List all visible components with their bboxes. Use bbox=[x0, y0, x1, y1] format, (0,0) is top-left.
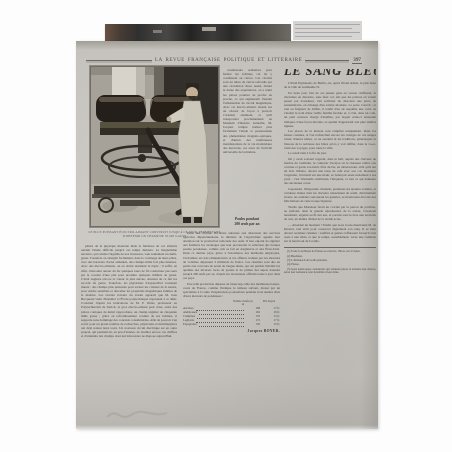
magazine-page: LA REVUE FRANÇAISE POLITIQUE ET LITTÉRAI… bbox=[76, 41, 378, 429]
column-narrow-text: conducteurs ordinaires pour fermer les b… bbox=[223, 68, 272, 215]
photo-highlight bbox=[202, 27, 216, 31]
electromagnet-photograph bbox=[90, 66, 219, 227]
column-middle-text: Dans une récente circulaire adressée aux… bbox=[183, 231, 280, 409]
previous-page-photo-fragment bbox=[105, 24, 291, 41]
egg-table-header-eggs: Nombre d'œufs par an bbox=[232, 300, 254, 306]
left-column-paragraph: pâture de la physique moderne mais la fa… bbox=[81, 244, 177, 338]
page-number: 397 bbox=[352, 57, 362, 64]
scanned-magazine-page: LA REVUE FRANÇAISE POLITIQUE ET LITTÉRAI… bbox=[0, 0, 452, 452]
article-paragraph: Les places de la maison sont remplies un… bbox=[284, 129, 376, 149]
photo-highlight bbox=[153, 30, 162, 33]
table-row: Espagnoles 15015 fr. bbox=[183, 323, 280, 327]
electromagnet-photo-art bbox=[90, 66, 219, 227]
previous-page-text-fragment bbox=[293, 21, 362, 40]
author-signature: Jacques BOYER. bbox=[183, 329, 280, 333]
egg-table-header: Nombre d'œufs par an Prix moyen bbox=[183, 300, 280, 306]
header-rule-right bbox=[305, 60, 349, 61]
article-le-sang-bleu: LE SANG BLEU * * * L'hôtel Esplanade, de… bbox=[284, 69, 376, 415]
ornament-asterisks: * * * bbox=[284, 74, 376, 78]
middle-column-paragraph-1: Dans une récente circulaire adressée aux… bbox=[183, 231, 280, 280]
running-head: LA REVUE FRANÇAISE POLITIQUE ET LITTÉRAI… bbox=[86, 56, 362, 65]
column-left-text: pâture de la physique moderne mais la fa… bbox=[81, 244, 177, 407]
narrow-column-paragraph: conducteurs ordinaires pour fermer les b… bbox=[223, 68, 272, 154]
footnote: (5) Gens équivoques, aventuriers qui vie… bbox=[284, 268, 376, 275]
middle-column-paragraph-2: Une telle production dépasse de beaucoup… bbox=[183, 282, 280, 298]
article-paragraph: Cependant, l'imposante clientèle, pardes… bbox=[284, 187, 376, 203]
header-rule-left bbox=[86, 60, 152, 61]
egg-production-table: Nombre d'œufs par an Prix moyen Ancônes … bbox=[183, 300, 280, 327]
article-paragraph: — Attendez un moment ! Tandis que nous a… bbox=[284, 223, 376, 243]
article-paragraph: Le soleil était à la fin du jour. bbox=[284, 151, 376, 155]
mini-article-heading: Poules pondant 200 œufs par an bbox=[216, 217, 278, 226]
article-paragraph: Tandis que Monsieur ferait un crochet pa… bbox=[284, 205, 376, 221]
pencil-smudge bbox=[104, 407, 170, 423]
article-paragraph: Un beau jour, l'un de ces jeunes gens en… bbox=[284, 91, 376, 128]
footnotes-block: (1) Toute la noblesse de Prusse se retro… bbox=[284, 247, 376, 275]
journal-title: LA REVUE FRANÇAISE POLITIQUE ET LITTÉRAI… bbox=[155, 58, 302, 63]
article-paragraph: On y avait souvent regardé, dans le hall… bbox=[284, 157, 376, 186]
article-paragraph: L'hôtel Esplanade, de Berlin, est, après… bbox=[284, 81, 376, 89]
mini-heading-line2: 200 œufs par an bbox=[216, 222, 278, 227]
